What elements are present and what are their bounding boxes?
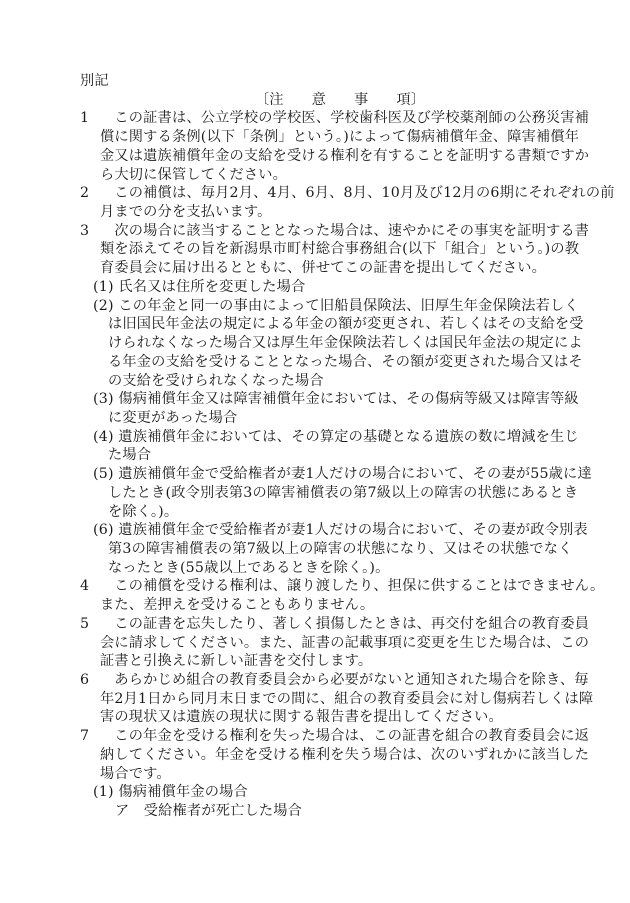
item-text: この補償を受ける権利は、譲り渡したり、担保に供することはできません。 [100, 578, 604, 594]
item-number: 3 [80, 222, 100, 241]
document-page: 別記 〔注意事項〕 1 この証書は、公立学校の学校医、学校歯科医及び学校薬剤師の… [0, 0, 630, 903]
subsubitem-text: 受給権者が死亡した場合 [144, 803, 302, 819]
item-text: この補償は、毎月2月、4月、6月、8月、10月及び12月の6期にそれぞれの前 [100, 185, 615, 201]
subitem-text: る年金の支給を受けることとなった場合、その額が変更された場合又はそ [80, 353, 560, 372]
subitem-text: 遺族補償年金で受給権者が妻1人だけの場合において、その妻が55歳に達 [118, 466, 591, 482]
subitem-number: (6) [93, 522, 114, 538]
document-body: 別記 〔注意事項〕 1 この証書は、公立学校の学校医、学校歯科医及び学校薬剤師の… [80, 72, 560, 821]
subitem-3-3: (3) 傷病補償年金又は障害補償年金においては、その傷病等級又は障害等級 に変更… [80, 390, 560, 427]
subitem-text: したとき(政令別表第3の障害補償表の第7級以上の障害の状態にあるとき [80, 484, 560, 503]
item-text: また、差押えを受けることもありません。 [80, 596, 560, 615]
subitem-text: この年金と同一の事由によって旧船員保険法、旧厚生年金保険法若しく [118, 298, 578, 314]
item-number: 5 [80, 615, 100, 634]
item-number: 2 [80, 184, 100, 203]
item-text: 金又は遺族補償年金の支給を受ける権利を有することを証明する書類ですか [80, 147, 560, 166]
title-char: 意 [312, 92, 326, 108]
subitem-text: は旧国民年金法の規定による年金の額が変更され、若しくはその支給を受 [80, 315, 560, 334]
subitem-3-1: (1) 氏名又は住所を変更した場合 [80, 278, 560, 297]
item-text: 会に請求してください。また、証書の記載事項に変更を生じた場合は、この [80, 634, 560, 653]
item-text: 償に関する条例(以下「条例」という。)によって傷病補償年金、障害補償年 [80, 128, 560, 147]
subitem-text: けられなくなった場合又は厚生年金保険法若しくは国民年金法の規定によ [80, 334, 560, 353]
subitem-text: に変更があった場合 [80, 409, 560, 428]
item-text: この年金を受ける権利を失った場合は、この証書を組合の教育委員会に返 [100, 728, 589, 744]
title-char: 〔注 [255, 92, 284, 108]
notice-item-4: 4 この補償を受ける権利は、譲り渡したり、担保に供することはできません。 また、… [80, 577, 560, 614]
item-number: 7 [80, 727, 100, 746]
subitem-number: (1) [93, 784, 114, 800]
item-text: ら大切に保管してください。 [80, 166, 560, 185]
subitem-text: 氏名又は住所を変更した場合 [118, 279, 305, 295]
item-text: 場合です。 [80, 765, 560, 784]
title-char: 事 [354, 92, 368, 108]
subitem-text: なったとき(55歳以上であるときを除く。)。 [80, 559, 560, 578]
notice-item-7: 7 この年金を受ける権利を失った場合は、この証書を組合の教育委員会に返 納してく… [80, 727, 560, 821]
subitem-text: 遺族補償年金で受給権者が妻1人だけの場合において、その妻が政令別表 [118, 522, 587, 538]
subitem-3-4: (4) 遺族補償年金においては、その算定の基礎となる遺族の数に増減を生じ た場合 [80, 428, 560, 465]
item-text: 納してください。年金を受ける権利を失う場合は、次のいずれかに該当した [80, 746, 560, 765]
item-text: 次の場合に該当することとなった場合は、速やかにその事実を証明する書 [100, 223, 589, 239]
subitem-number: (2) [93, 298, 114, 314]
subitem-number: (1) [93, 279, 114, 295]
subitem-3-2: (2) この年金と同一の事由によって旧船員保険法、旧厚生年金保険法若しく は旧国… [80, 297, 560, 391]
item-text: この証書を忘失したり、著しく損傷したときは、再交付を組合の教育委員 [100, 616, 589, 632]
subitem-text: 傷病補償年金の場合 [118, 784, 248, 800]
notice-item-5: 5 この証書を忘失したり、著しく損傷したときは、再交付を組合の教育委員 会に請求… [80, 615, 560, 671]
subsubitem-marker: ア [115, 803, 129, 819]
subitem-text: 遺族補償年金においては、その算定の基礎となる遺族の数に増減を生じ [118, 429, 578, 445]
item-text: この証書は、公立学校の学校医、学校歯科医及び学校薬剤師の公務災害補 [100, 110, 589, 126]
subitem-number: (4) [93, 429, 114, 445]
subitem-text: を除く。)。 [80, 503, 560, 522]
item-number: 1 [80, 109, 100, 128]
subitem-text: 第3の障害補償表の第7級以上の障害の状態になり、又はその状態でなく [80, 540, 560, 559]
item-number: 4 [80, 577, 100, 596]
notice-item-3: 3 次の場合に該当することとなった場合は、速やかにその事実を証明する書 類を添え… [80, 222, 560, 578]
notice-item-2: 2 この補償は、毎月2月、4月、6月、8月、10月及び12月の6期にそれぞれの前… [80, 184, 560, 221]
appendix-label: 別記 [80, 72, 560, 91]
item-text: 類を添えてその旨を新潟県市町村総合事務組合(以下「組合」という。)の教 [80, 240, 560, 259]
item-text: 害の現状又は遺族の現状に関する報告書を提出してください。 [80, 708, 560, 727]
subitem-text: 傷病補償年金又は障害補償年金においては、その傷病等級又は障害等級 [118, 391, 578, 407]
item-text: 年2月1日から同月末日までの間に、組合の教育委員会に対し傷病若しくは障 [80, 690, 560, 709]
item-text: 育委員会に届け出るとともに、併せてこの証書を提出してください。 [80, 259, 560, 278]
notice-item-1: 1 この証書は、公立学校の学校医、学校歯科医及び学校薬剤師の公務災害補 償に関す… [80, 109, 560, 184]
subitem-number: (3) [93, 391, 114, 407]
subitem-number: (5) [93, 466, 114, 482]
subitem-3-6: (6) 遺族補償年金で受給権者が妻1人だけの場合において、その妻が政令別表 第3… [80, 521, 560, 577]
subitem-3-5: (5) 遺族補償年金で受給権者が妻1人だけの場合において、その妻が55歳に達 し… [80, 465, 560, 521]
subsubitem-7-1-a: ア 受給権者が死亡した場合 [80, 802, 560, 821]
notice-item-6: 6 あらかじめ組合の教育委員会から必要がないと通知された場合を除き、毎 年2月1… [80, 671, 560, 727]
subitem-7-1: (1) 傷病補償年金の場合 [80, 783, 560, 802]
title-char: 項〕 [396, 92, 425, 108]
item-text: 月までの分を支払います。 [80, 203, 560, 222]
subitem-text: の支給を受けられなくなった場合 [80, 372, 560, 391]
subitem-text: た場合 [80, 446, 560, 465]
item-text: あらかじめ組合の教育委員会から必要がないと通知された場合を除き、毎 [100, 672, 589, 688]
section-title: 〔注意事項〕 [80, 91, 560, 110]
item-number: 6 [80, 671, 100, 690]
item-text: 証書と引換えに新しい証書を交付します。 [80, 652, 560, 671]
